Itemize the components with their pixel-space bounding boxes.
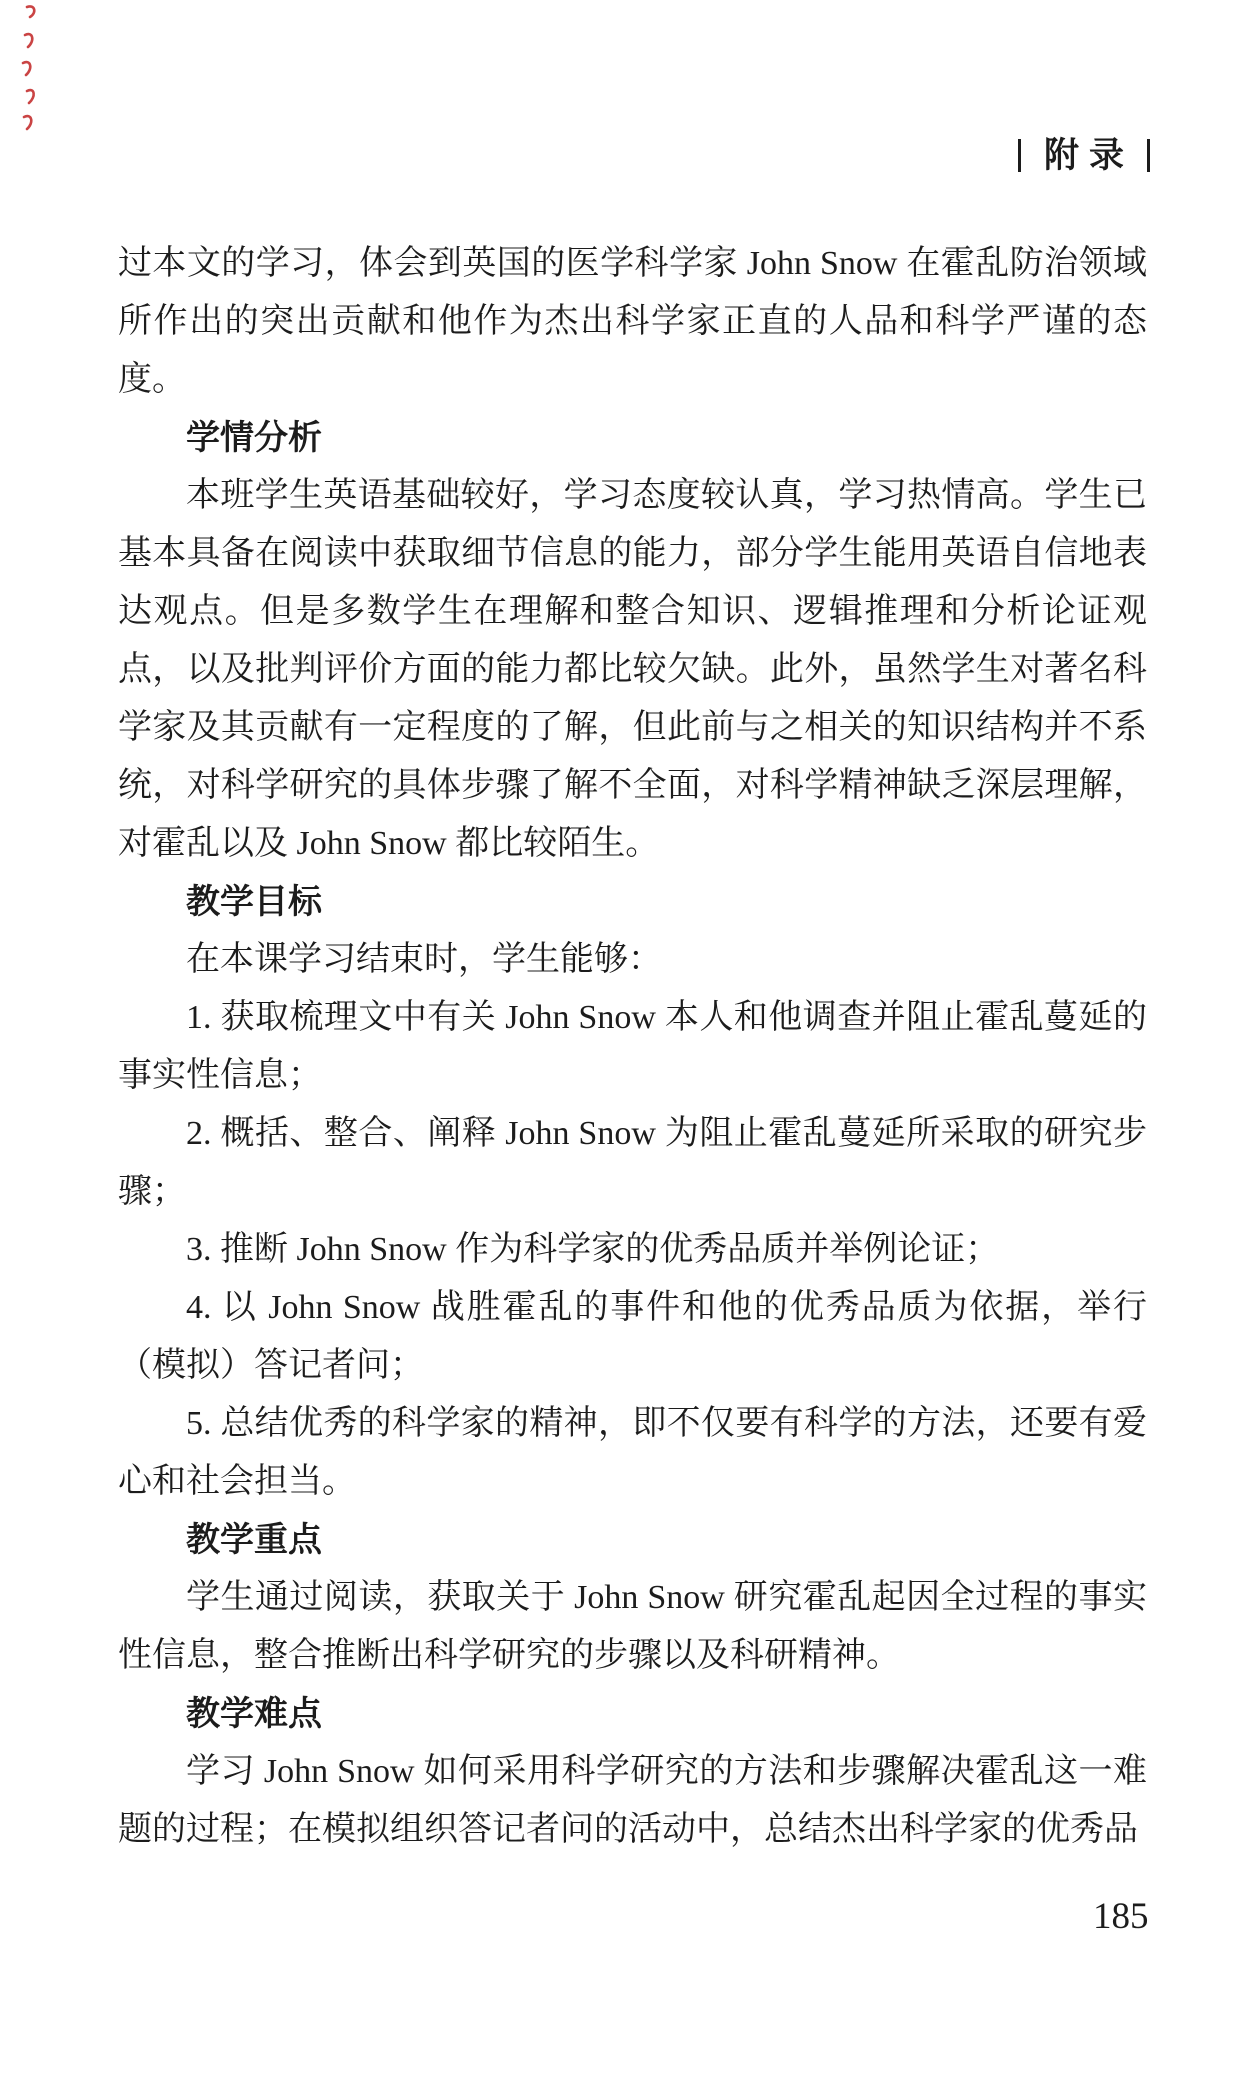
intro-paragraph: 过本文的学习，体会到英国的医学科学家 John Snow 在霍乱防治领域所作出的… bbox=[118, 235, 1147, 409]
teaching-focus-paragraph: 学生通过阅读，获取关于 John Snow 研究霍乱起因全过程的事实性信息，整合… bbox=[118, 1569, 1147, 1685]
page-number: 185 bbox=[1093, 1892, 1149, 1942]
appendix-header: 附录 bbox=[1018, 138, 1150, 173]
objective-item-3: 3. 推断 John Snow 作为科学家的优秀品质并举例论证； bbox=[118, 1221, 1147, 1279]
header-left-bar bbox=[1018, 139, 1021, 172]
header-right-bar bbox=[1147, 139, 1150, 172]
section-heading-teaching-focus: 教学重点 bbox=[118, 1511, 1147, 1569]
section-heading-teaching-difficulty: 教学难点 bbox=[118, 1685, 1147, 1743]
objectives-lead: 在本课学习结束时，学生能够： bbox=[118, 931, 1147, 989]
objective-item-1: 1. 获取梳理文中有关 John Snow 本人和他调查并阻止霍乱蔓延的事实性信… bbox=[118, 989, 1147, 1105]
page-content: 过本文的学习，体会到英国的医学科学家 John Snow 在霍乱防治领域所作出的… bbox=[118, 235, 1147, 1859]
section-heading-teaching-objectives: 教学目标 bbox=[118, 873, 1147, 931]
objective-item-4: 4. 以 John Snow 战胜霍乱的事件和他的优秀品质为依据，举行（模拟）答… bbox=[118, 1279, 1147, 1395]
red-edge-marks bbox=[20, 2, 52, 142]
objective-item-2: 2. 概括、整合、阐释 John Snow 为阻止霍乱蔓延所采取的研究步骤； bbox=[118, 1105, 1147, 1221]
objective-item-5: 5. 总结优秀的科学家的精神，即不仅要有科学的方法，还要有爱心和社会担当。 bbox=[118, 1395, 1147, 1511]
document-page: 附录 过本文的学习，体会到英国的医学科学家 John Snow 在霍乱防治领域所… bbox=[0, 0, 1257, 2095]
teaching-difficulty-paragraph: 学习 John Snow 如何采用科学研究的方法和步骤解决霍乱这一难题的过程；在… bbox=[118, 1743, 1147, 1859]
section-heading-learner-analysis: 学情分析 bbox=[118, 409, 1147, 467]
appendix-label: 附录 bbox=[1044, 138, 1134, 173]
learner-analysis-paragraph: 本班学生英语基础较好，学习态度较认真，学习热情高。学生已基本具备在阅读中获取细节… bbox=[118, 467, 1147, 873]
